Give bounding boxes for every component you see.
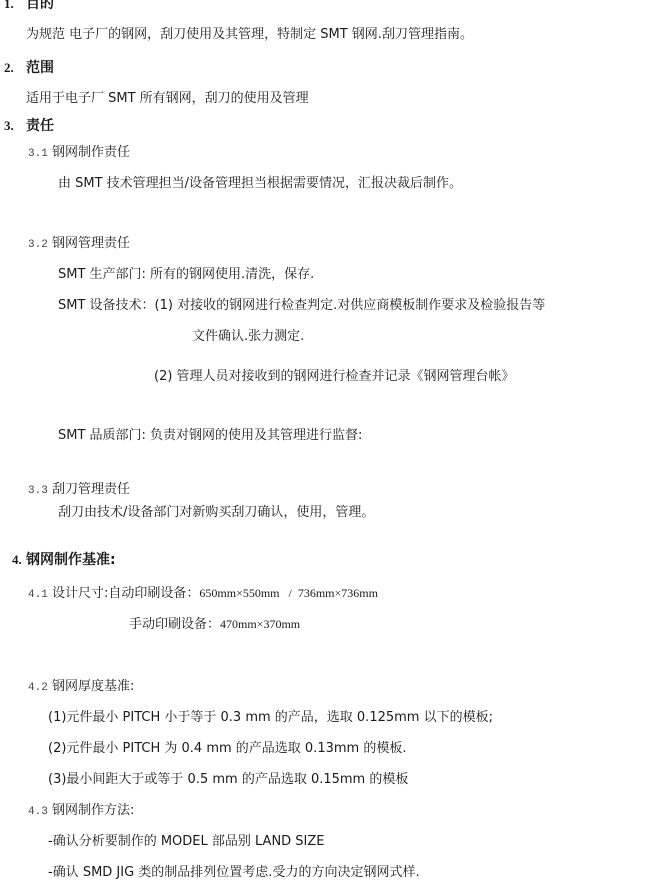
subsection-4-2-heading: 4.2钢网厚度基准:	[28, 679, 134, 695]
subsection-3-3-heading: 3.3刮刀管理责任	[28, 482, 130, 498]
section-title: 目的	[26, 0, 54, 12]
subsection-number: 4.3	[28, 804, 52, 820]
section-number: 2.	[4, 60, 26, 76]
subsection-title: 钢网管理责任	[52, 236, 130, 251]
design-size-label: 设计尺寸:	[52, 586, 108, 601]
responsibility-quality: SMT 品质部门: 负责对钢网的使用及其管理进行监督:	[58, 428, 362, 444]
section-title: 钢网制作基准:	[26, 552, 116, 568]
section-number: 1.	[4, 0, 26, 12]
responsibility-equipment-item-1: SMT 设备技术：(1) 对接收的钢网进行检查判定.对供应商模板制作要求及检验报…	[58, 298, 545, 314]
method-step-2: -确认 SMD JIG 类的制品排列位置考虑.受力的方向决定钢网式样.	[48, 865, 420, 881]
subsection-4-1-row-auto: 4.1设计尺寸:自动印刷设备：650mm×550mm / 736mm×736mm	[28, 585, 378, 601]
section-number: 4.	[12, 552, 26, 568]
subsection-number: 3.3	[28, 483, 52, 499]
subsection-number: 3.1	[28, 146, 52, 162]
subsection-title: 钢网厚度基准:	[52, 679, 134, 694]
auto-printer-value: 650mm×550mm / 736mm×736mm	[199, 586, 378, 600]
subsection-number: 4.1	[28, 587, 52, 603]
section-3-heading: 3.责任	[4, 118, 54, 134]
responsibility-equipment-item-1-cont: 文件确认.张力测定.	[192, 329, 304, 345]
subsection-number: 3.2	[28, 237, 52, 253]
section-1-heading: 1.目的	[4, 0, 54, 12]
subsection-3-2-heading: 3.2钢网管理责任	[28, 236, 130, 252]
method-step-1: -确认分析要制作的 MODEL 部品别 LAND SIZE	[48, 834, 325, 850]
section-4-heading: 4.钢网制作基准:	[12, 552, 116, 568]
subsection-number: 4.2	[28, 680, 52, 696]
subsection-4-3-heading: 4.3钢网制作方法:	[28, 803, 134, 819]
subsection-title: 刮刀管理责任	[52, 482, 130, 497]
section-2-body: 适用于电子厂 SMT 所有钢网，刮刀的使用及管理	[26, 91, 309, 107]
subsection-3-1-heading: 3.1钢网制作责任	[28, 145, 130, 161]
auto-printer-label: 自动印刷设备：	[108, 586, 199, 601]
section-number: 3.	[4, 118, 26, 134]
thickness-rule-2: (2)元件最小 PITCH 为 0.4 mm 的产品选取 0.13mm 的模板.	[48, 741, 406, 757]
subsection-4-1-row-manual: 手动印刷设备：470mm×370mm	[129, 616, 300, 632]
section-2-heading: 2.范围	[4, 60, 54, 76]
subsection-title: 钢网制作方法:	[52, 803, 134, 818]
subsection-title: 钢网制作责任	[52, 145, 130, 160]
thickness-rule-1: (1)元件最小 PITCH 小于等于 0.3 mm 的产品，选取 0.125mm…	[48, 710, 493, 726]
manual-printer-value: 470mm×370mm	[220, 617, 300, 631]
responsibility-production: SMT 生产部门: 所有的钢网使用.清洗，保存.	[58, 267, 314, 283]
section-title: 责任	[26, 118, 54, 134]
manual-printer-label: 手动印刷设备：	[129, 617, 220, 632]
section-1-body: 为规范 电子厂的钢网，刮刀使用及其管理，特制定 SMT 钢网.刮刀管理指南。	[26, 27, 473, 43]
subsection-3-1-body: 由 SMT 技术管理担当/设备管理担当根据需要情况，汇报决裁后制作。	[58, 176, 462, 192]
subsection-3-3-body: 刮刀由技术/设备部门对新购买刮刀确认，使用，管理。	[58, 505, 374, 521]
thickness-rule-3: (3)最小间距大于或等于 0.5 mm 的产品选取 0.15mm 的模板	[48, 772, 408, 788]
responsibility-equipment-item-2: (2) 管理人员对接收到的钢网进行检查并记录《钢网管理台帐》	[154, 369, 515, 385]
section-title: 范围	[26, 60, 54, 76]
